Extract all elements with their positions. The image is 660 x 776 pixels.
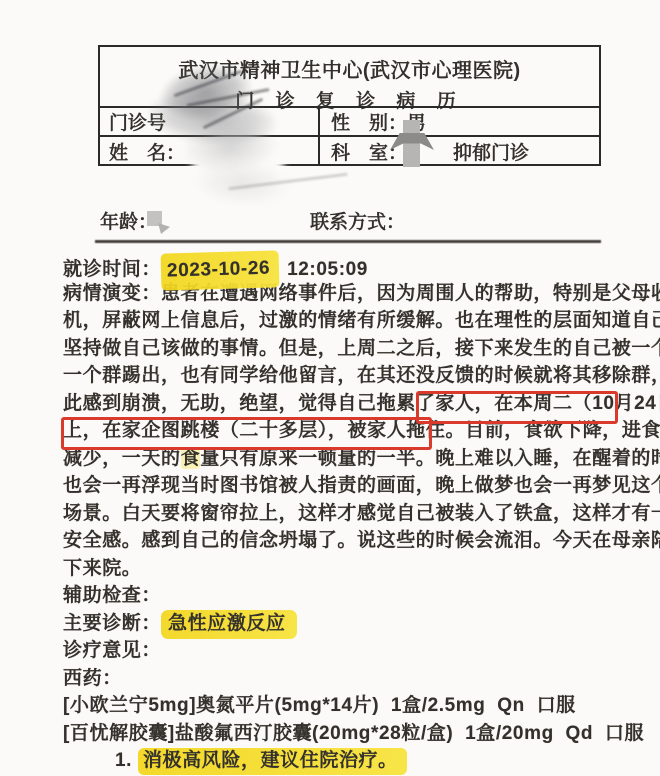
hospital-name: 武汉市精神卫生中心(武汉市心理医院) xyxy=(100,54,599,83)
age-contact-row: 年龄： 联系方式： xyxy=(0,207,660,231)
contact-label: 联系方式： xyxy=(310,207,405,234)
progress-line-11: 下来院。 xyxy=(63,555,653,583)
visit-date-highlight: 2023-10-26 xyxy=(161,250,280,290)
name-label: 姓 名： xyxy=(109,138,185,165)
medication-line-2: [百忧解胶囊]盐酸氟西汀胶囊(20mg*28粒/盒) 1盒/20mg Qd 口服 xyxy=(63,720,653,748)
header-title-block: 武汉市精神卫生中心(武汉市心理医院) 门 诊 复 诊 病 历 xyxy=(100,47,599,106)
progress-line-7: 减少，一天的食量只有原来一顿量的一半。晚上难以入睡，在醒着的时候 xyxy=(63,445,653,473)
outpatient-no-cell: 门诊号 xyxy=(100,108,318,135)
medication-line-1: [小欧兰宁5mg]奥氮平片(5mg*14片) 1盒/2.5mg Qn 口服 xyxy=(63,692,653,720)
diagnosis-highlight: 急性应激反应 xyxy=(161,610,297,639)
section-divider-line xyxy=(95,240,601,243)
record-body: 就诊时间：2023-10-26 12:05:09 病情演变：患者在遭遇网络事件后… xyxy=(63,252,653,775)
progress-label: 病情演变： xyxy=(63,283,161,304)
outpatient-no-label: 门诊号 xyxy=(109,108,166,135)
western-med-line: 西药： xyxy=(63,665,653,693)
advice-highlight: 消极高风险，建议住院治疗。 xyxy=(138,748,407,775)
header-row-2: 门诊号 性 别：男 xyxy=(100,106,599,135)
visit-time-label: 就诊时间： xyxy=(63,259,161,280)
progress-line-3: 坚持做自己该做的事情。但是，上周二之后，接下来发生的自己被一个又 xyxy=(63,335,653,363)
visit-time-value: 12:05:09 xyxy=(281,259,368,280)
age-redaction-tail xyxy=(158,223,170,234)
progress-line-8: 也会一再浮现当时图书馆被人指责的画面，晚上做梦也会一再梦见这个 xyxy=(63,472,653,500)
progress-line-6: 上，在家企图跳楼（二十多层），被家人拖住。目前，食欲下降，进食明显 xyxy=(63,417,653,445)
advice-number: 1. xyxy=(115,750,138,771)
boxed-text-suicide-date: 在本周二（10月24日）晚 xyxy=(494,393,660,414)
whiteout-redaction-blob xyxy=(192,138,284,212)
diagnosis-line: 主要诊断：急性应激反应 xyxy=(63,610,653,638)
progress-line-1: 病情演变：患者在遭遇网络事件后，因为周围人的帮助，特别是父母收手 xyxy=(63,280,653,308)
header-table: 武汉市精神卫生中心(武汉市心理医院) 门 诊 复 诊 病 历 门诊号 性 别：男… xyxy=(98,45,601,166)
progress-line-2: 机，屏蔽网上信息后，过激的情绪有所缓解。也在理性的层面知道自己要 xyxy=(63,307,653,335)
boxed-text-suicide-attempt: 上，在家企图跳楼（二十多层），被家人拖住。 xyxy=(63,420,465,441)
aux-exam-line: 辅助检查： xyxy=(63,582,653,610)
opinion-line: 诊疗意见： xyxy=(63,637,653,665)
progress-line-5: 此感到崩溃，无助，绝望，觉得自己拖累了家人，在本周二（10月24日）晚 xyxy=(63,390,653,418)
progress-line-4: 一个群踢出，也有同学给他留言，在其还没反馈的时候就将其移除群，为 xyxy=(63,362,653,390)
visit-time-line: 就诊时间：2023-10-26 12:05:09 xyxy=(63,252,653,280)
faint-highlight-text: 食 xyxy=(181,448,201,469)
progress-text: 减少，一天的 xyxy=(63,448,181,469)
department-value: 抑郁门诊 xyxy=(453,138,529,165)
progress-text: 量只有原来一顿量的一半。晚上难以入睡，在醒着的时候 xyxy=(200,448,660,469)
gender-cell: 性 别：男 xyxy=(318,108,599,135)
gray-redaction-mark-icon xyxy=(390,120,434,167)
diagnosis-label: 主要诊断： xyxy=(63,613,161,634)
progress-text: 此感到崩溃，无助，绝望，觉得自己拖累了家人， xyxy=(63,393,494,414)
progress-text: 目前，食欲下降，进食明显 xyxy=(465,420,660,441)
header-row-3: 姓 名： 科 室：抑郁门诊 xyxy=(100,135,599,166)
medical-record-page: 武汉市精神卫生中心(武汉市心理医院) 门 诊 复 诊 病 历 门诊号 性 别：男… xyxy=(0,0,660,776)
progress-line-10: 安全感。感到自己的信念坍塌了。说这些的时候会流泪。今天在母亲陪同 xyxy=(63,527,653,555)
department-cell: 科 室：抑郁门诊 xyxy=(318,137,599,166)
progress-line-9: 场景。白天要将窗帘拉上，这样才感觉自己被装入了铁盒，这样才有一些 xyxy=(63,500,653,528)
treatment-advice-line: 1. 消极高风险，建议住院治疗。 xyxy=(63,747,653,775)
